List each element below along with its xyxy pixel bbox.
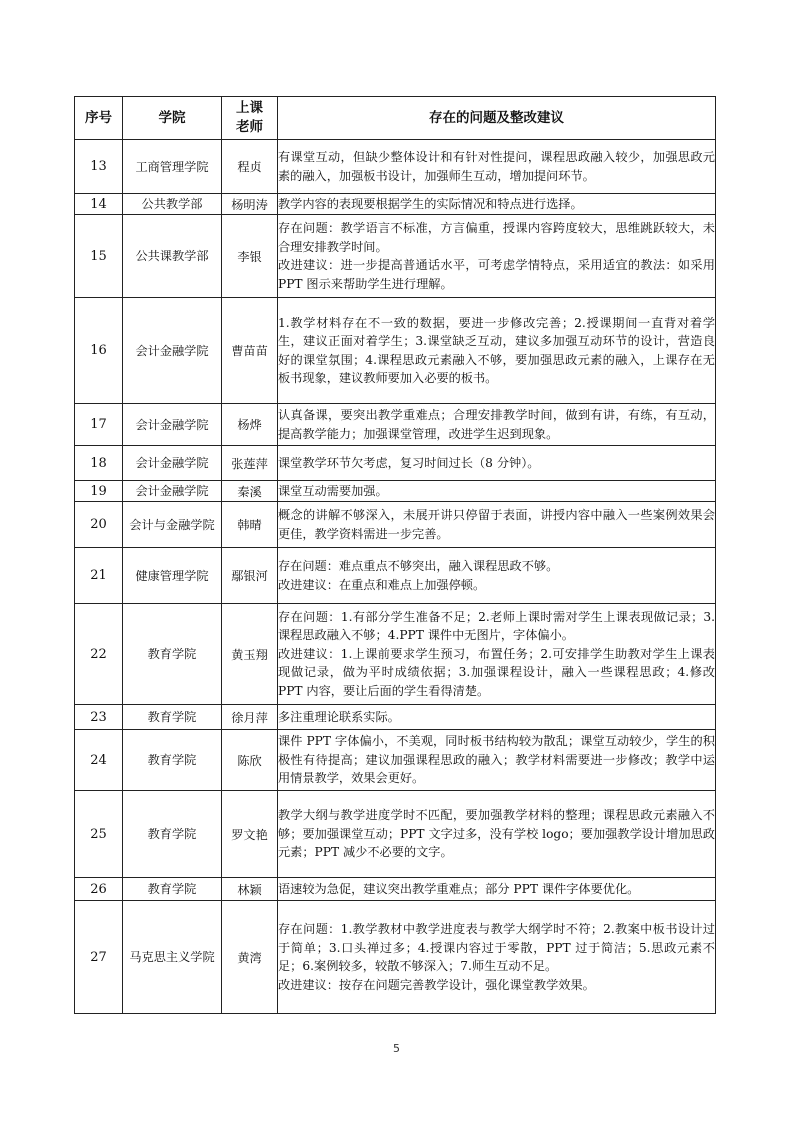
- row-issues: 有课堂互动，但缺少整体设计和有针对性提问，课程思政融入较少，加强思政元素的融入，…: [278, 140, 716, 194]
- issue-paragraph: 认真备课，要突出教学重难点；合理安排教学时间，做到有讲，有练，有互动，提高教学能…: [278, 406, 715, 443]
- issue-paragraph: 概念的讲解不够深入，未展开讲只停留于表面，讲授内容中融入一些案例效果会更佳，教学…: [278, 506, 715, 543]
- row-issues: 概念的讲解不够深入，未展开讲只停留于表面，讲授内容中融入一些案例效果会更佳，教学…: [278, 502, 716, 548]
- issue-paragraph: 存在问题：教学语言不标准，方言偏重，授课内容跨度较大，思维跳跃较大，未合理安排教…: [278, 219, 715, 256]
- row-teacher: 张莲萍: [222, 446, 278, 481]
- row-teacher: 秦溪: [222, 481, 278, 502]
- row-college: 教育学院: [123, 604, 222, 705]
- row-issues: 存在问题：难点重点不够突出，融入课程思政不够。改进建议：在重点和难点上加强停顿。: [278, 548, 716, 604]
- row-issues: 教学内容的表现要根据学生的实际情况和特点进行选择。: [278, 194, 716, 215]
- row-college: 会计金融学院: [123, 446, 222, 481]
- row-index: 18: [75, 446, 123, 481]
- table-row: 16会计金融学院曹苗苗1.教学材料存在不一致的数据，要进一步修改完善；2.授课期…: [75, 298, 716, 404]
- row-index: 15: [75, 215, 123, 298]
- row-teacher: 李银: [222, 215, 278, 298]
- table-row: 13工商管理学院程贞有课堂互动，但缺少整体设计和有针对性提问，课程思政融入较少，…: [75, 140, 716, 194]
- row-index: 17: [75, 404, 123, 446]
- issue-paragraph: 改进建议：按存在问题完善教学设计，强化课堂教学效果。: [278, 976, 715, 995]
- row-issues: 存在问题：1.有部分学生准备不足；2.老师上课时需对学生上课表现做记录；3.课程…: [278, 604, 716, 705]
- row-teacher: 杨烨: [222, 404, 278, 446]
- row-teacher: 陈欣: [222, 730, 278, 791]
- table-row: 19会计金融学院秦溪课堂互动需要加强。: [75, 481, 716, 502]
- row-index: 16: [75, 298, 123, 404]
- issue-paragraph: 课堂教学环节欠考虑，复习时间过长（8 分钟）。: [278, 454, 715, 473]
- issue-paragraph: 存在问题：1.教学教材中教学进度表与教学大纲学时不符；2.教案中板书设计过于简单…: [278, 920, 715, 976]
- row-college: 教育学院: [123, 878, 222, 901]
- table-row: 18会计金融学院张莲萍课堂教学环节欠考虑，复习时间过长（8 分钟）。: [75, 446, 716, 481]
- row-college: 教育学院: [123, 705, 222, 730]
- row-college: 会计金融学院: [123, 298, 222, 404]
- row-college: 会计金融学院: [123, 481, 222, 502]
- issue-paragraph: 课件 PPT 字体偏小，不美观，同时板书结构较为散乱；课堂互动较少，学生的积极性…: [278, 732, 715, 788]
- issue-paragraph: 1.教学材料存在不一致的数据，要进一步修改完善；2.授课期间一直背对着学生，建议…: [278, 314, 715, 388]
- row-index: 13: [75, 140, 123, 194]
- table-row: 27马克思主义学院黄湾存在问题：1.教学教材中教学进度表与教学大纲学时不符；2.…: [75, 901, 716, 1014]
- row-index: 21: [75, 548, 123, 604]
- row-issues: 1.教学材料存在不一致的数据，要进一步修改完善；2.授课期间一直背对着学生，建议…: [278, 298, 716, 404]
- teaching-review-table: 序号 学院 上课 老师 存在的问题及整改建议 13工商管理学院程贞有课堂互动，但…: [74, 96, 716, 1014]
- row-issues: 课堂互动需要加强。: [278, 481, 716, 502]
- table-row: 23教育学院徐月萍多注重理论联系实际。: [75, 705, 716, 730]
- issue-paragraph: 教学内容的表现要根据学生的实际情况和特点进行选择。: [278, 195, 715, 214]
- issue-paragraph: 课堂互动需要加强。: [278, 482, 715, 501]
- issue-paragraph: 改进建议：进一步提高普通话水平，可考虑学情特点，采用适宜的教法：如采用 PPT …: [278, 256, 715, 293]
- row-college: 马克思主义学院: [123, 901, 222, 1014]
- row-issues: 存在问题：教学语言不标准，方言偏重，授课内容跨度较大，思维跳跃较大，未合理安排教…: [278, 215, 716, 298]
- row-college: 公共教学部: [123, 194, 222, 215]
- row-teacher: 林颖: [222, 878, 278, 901]
- header-teacher-line2: 老师: [222, 118, 277, 137]
- row-index: 23: [75, 705, 123, 730]
- issue-paragraph: 改进建议：1.上课前要求学生预习，布置任务；2.可安排学生助教对学生上课表现做记…: [278, 645, 715, 701]
- row-index: 14: [75, 194, 123, 215]
- row-issues: 语速较为急促，建议突出教学重难点；部分 PPT 课件字体要优化。: [278, 878, 716, 901]
- row-index: 20: [75, 502, 123, 548]
- header-issues: 存在的问题及整改建议: [278, 97, 716, 140]
- row-teacher: 程贞: [222, 140, 278, 194]
- row-teacher: 徐月萍: [222, 705, 278, 730]
- issue-paragraph: 教学大纲与教学进度学时不匹配，要加强教学材料的整理；课程思政元素融入不够；要加强…: [278, 806, 715, 862]
- row-college: 教育学院: [123, 730, 222, 791]
- row-college: 工商管理学院: [123, 140, 222, 194]
- table-row: 24教育学院陈欣课件 PPT 字体偏小，不美观，同时板书结构较为散乱；课堂互动较…: [75, 730, 716, 791]
- row-teacher: 罗文艳: [222, 791, 278, 878]
- issue-paragraph: 语速较为急促，建议突出教学重难点；部分 PPT 课件字体要优化。: [278, 880, 715, 899]
- header-teacher-line1: 上课: [222, 99, 277, 118]
- issue-paragraph: 多注重理论联系实际。: [278, 708, 715, 727]
- header-teacher: 上课 老师: [222, 97, 278, 140]
- table-row: 21健康管理学院鄢银河存在问题：难点重点不够突出，融入课程思政不够。改进建议：在…: [75, 548, 716, 604]
- row-issues: 课堂教学环节欠考虑，复习时间过长（8 分钟）。: [278, 446, 716, 481]
- row-college: 公共课教学部: [123, 215, 222, 298]
- table-header-row: 序号 学院 上课 老师 存在的问题及整改建议: [75, 97, 716, 140]
- table-row: 17会计金融学院杨烨认真备课，要突出教学重难点；合理安排教学时间，做到有讲，有练…: [75, 404, 716, 446]
- row-index: 26: [75, 878, 123, 901]
- row-teacher: 杨明涛: [222, 194, 278, 215]
- row-index: 19: [75, 481, 123, 502]
- table-body: 13工商管理学院程贞有课堂互动，但缺少整体设计和有针对性提问，课程思政融入较少，…: [75, 140, 716, 1014]
- row-issues: 认真备课，要突出教学重难点；合理安排教学时间，做到有讲，有练，有互动，提高教学能…: [278, 404, 716, 446]
- table-row: 22教育学院黄玉翔存在问题：1.有部分学生准备不足；2.老师上课时需对学生上课表…: [75, 604, 716, 705]
- row-teacher: 韩晴: [222, 502, 278, 548]
- issue-paragraph: 有课堂互动，但缺少整体设计和有针对性提问，课程思政融入较少，加强思政元素的融入，…: [278, 148, 715, 185]
- row-issues: 存在问题：1.教学教材中教学进度表与教学大纲学时不符；2.教案中板书设计过于简单…: [278, 901, 716, 1014]
- row-teacher: 黄玉翔: [222, 604, 278, 705]
- row-college: 会计与金融学院: [123, 502, 222, 548]
- row-teacher: 黄湾: [222, 901, 278, 1014]
- table-row: 15公共课教学部李银存在问题：教学语言不标准，方言偏重，授课内容跨度较大，思维跳…: [75, 215, 716, 298]
- table-row: 20会计与金融学院韩晴概念的讲解不够深入，未展开讲只停留于表面，讲授内容中融入一…: [75, 502, 716, 548]
- row-teacher: 鄢银河: [222, 548, 278, 604]
- issue-paragraph: 存在问题：难点重点不够突出，融入课程思政不够。: [278, 557, 715, 576]
- issue-paragraph: 改进建议：在重点和难点上加强停顿。: [278, 576, 715, 595]
- row-college: 会计金融学院: [123, 404, 222, 446]
- row-index: 27: [75, 901, 123, 1014]
- row-issues: 课件 PPT 字体偏小，不美观，同时板书结构较为散乱；课堂互动较少，学生的积极性…: [278, 730, 716, 791]
- row-issues: 教学大纲与教学进度学时不匹配，要加强教学材料的整理；课程思政元素融入不够；要加强…: [278, 791, 716, 878]
- table-row: 14公共教学部杨明涛教学内容的表现要根据学生的实际情况和特点进行选择。: [75, 194, 716, 215]
- page-number: 5: [0, 1042, 793, 1055]
- row-index: 25: [75, 791, 123, 878]
- row-college: 健康管理学院: [123, 548, 222, 604]
- header-index: 序号: [75, 97, 123, 140]
- header-college: 学院: [123, 97, 222, 140]
- row-issues: 多注重理论联系实际。: [278, 705, 716, 730]
- row-index: 22: [75, 604, 123, 705]
- table-row: 26教育学院林颖语速较为急促，建议突出教学重难点；部分 PPT 课件字体要优化。: [75, 878, 716, 901]
- row-college: 教育学院: [123, 791, 222, 878]
- row-index: 24: [75, 730, 123, 791]
- row-teacher: 曹苗苗: [222, 298, 278, 404]
- issue-paragraph: 存在问题：1.有部分学生准备不足；2.老师上课时需对学生上课表现做记录；3.课程…: [278, 608, 715, 645]
- table-row: 25教育学院罗文艳教学大纲与教学进度学时不匹配，要加强教学材料的整理；课程思政元…: [75, 791, 716, 878]
- document-page: 序号 学院 上课 老师 存在的问题及整改建议 13工商管理学院程贞有课堂互动，但…: [0, 0, 793, 1122]
